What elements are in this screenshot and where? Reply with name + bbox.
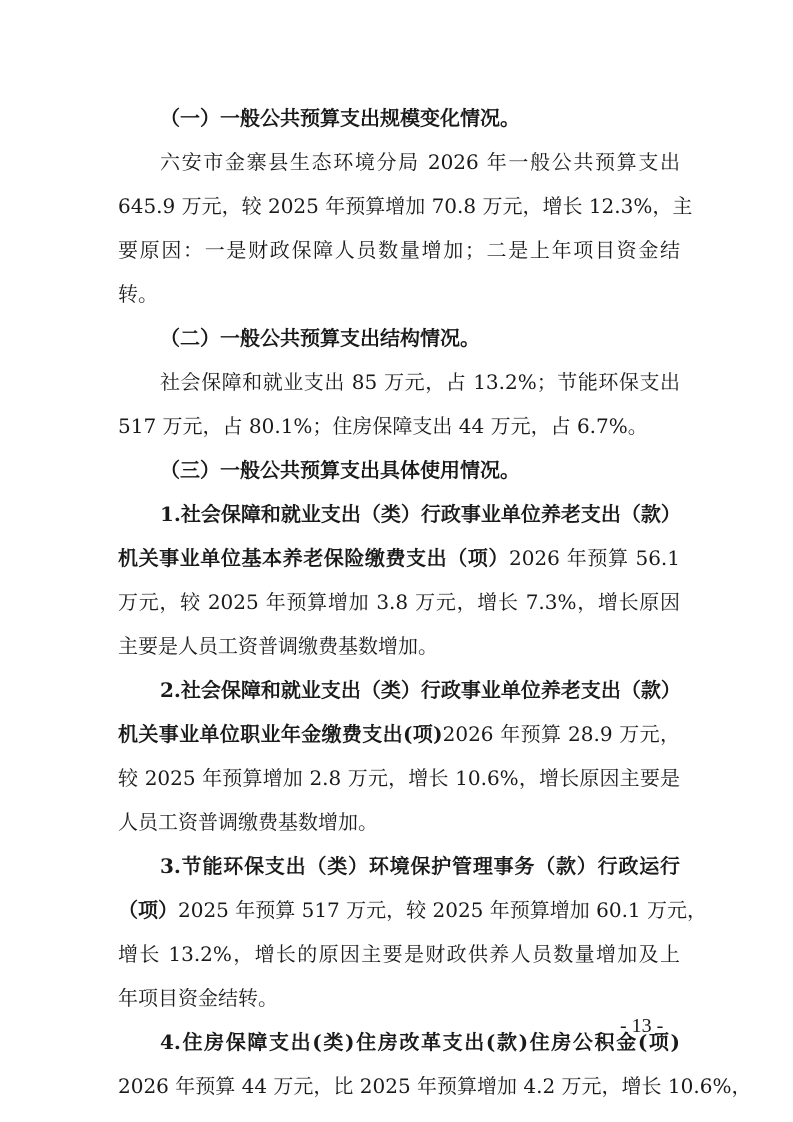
paragraph-line: 六安市金寨县生态环境分局 2026 年一般公共预算支出 (160, 144, 680, 180)
item-4-budget: 2026 年预算 44 万元，比 2025 年预算增加 4.2 万元，增长 10… (118, 1068, 680, 1104)
paragraph-line: 社会保障和就业支出 85 万元，占 13.2%；节能环保支出 (160, 364, 680, 400)
item-2-title-cont: 机关事业单位职业年金缴费支出(项) (118, 722, 443, 746)
item-2-line-2: 机关事业单位职业年金缴费支出(项)2026 年预算 28.9 万元， (118, 716, 680, 752)
paragraph-line: 增长 13.2%，增长的原因主要是财政供养人员数量增加及上 (118, 936, 680, 972)
item-1-title-cont: 机关事业单位基本养老保险缴费支出（项） (118, 546, 509, 570)
paragraph-line: 主要是人员工资普调缴费基数增加。 (118, 628, 680, 664)
item-1-line-2: 机关事业单位基本养老保险缴费支出（项）2026 年预算 56.1 (118, 540, 680, 576)
paragraph-line: 645.9 万元，较 2025 年预算增加 70.8 万元，增长 12.3%，主 (118, 188, 680, 224)
item-3-title-cont: （项） (118, 898, 178, 922)
paragraph-line: 转。 (118, 276, 680, 312)
paragraph-line: 517 万元，占 80.1%；住房保障支出 44 万元，占 6.7%。 (118, 408, 680, 444)
paragraph-line: 年项目资金结转。 (118, 980, 680, 1016)
paragraph-line: 万元，较 2025 年预算增加 3.8 万元，增长 7.3%，增长原因 (118, 584, 680, 620)
item-2-budget: 2026 年预算 28.9 万元， (443, 722, 680, 746)
item-3-title: 3.节能环保支出（类）环境保护管理事务（款）行政运行 (160, 848, 680, 884)
paragraph-line: 要原因：一是财政保障人员数量增加；二是上年项目资金结 (118, 232, 680, 268)
section-heading-1: （一）一般公共预算支出规模变化情况。 (160, 100, 680, 136)
item-1-title: 1.社会保障和就业支出（类）行政事业单位养老支出（款） (160, 496, 680, 532)
item-4-title: 4.住房保障支出(类)住房改革支出(款)住房公积金(项) (160, 1024, 680, 1060)
section-heading-3: （三）一般公共预算支出具体使用情况。 (160, 452, 680, 488)
item-2-title: 2.社会保障和就业支出（类）行政事业单位养老支出（款） (160, 672, 680, 708)
section-heading-2: （二）一般公共预算支出结构情况。 (160, 320, 680, 356)
paragraph-line: 人员工资普调缴费基数增加。 (118, 804, 680, 840)
item-1-budget: 2026 年预算 56.1 (509, 546, 680, 570)
page-number: - 13 - (620, 1015, 663, 1038)
item-3-budget: 2025 年预算 517 万元，较 2025 年预算增加 60.1 万元， (178, 898, 707, 922)
item-3-line-2: （项）2025 年预算 517 万元，较 2025 年预算增加 60.1 万元， (118, 892, 680, 928)
paragraph-line: 较 2025 年预算增加 2.8 万元，增长 10.6%，增长原因主要是 (118, 760, 680, 796)
